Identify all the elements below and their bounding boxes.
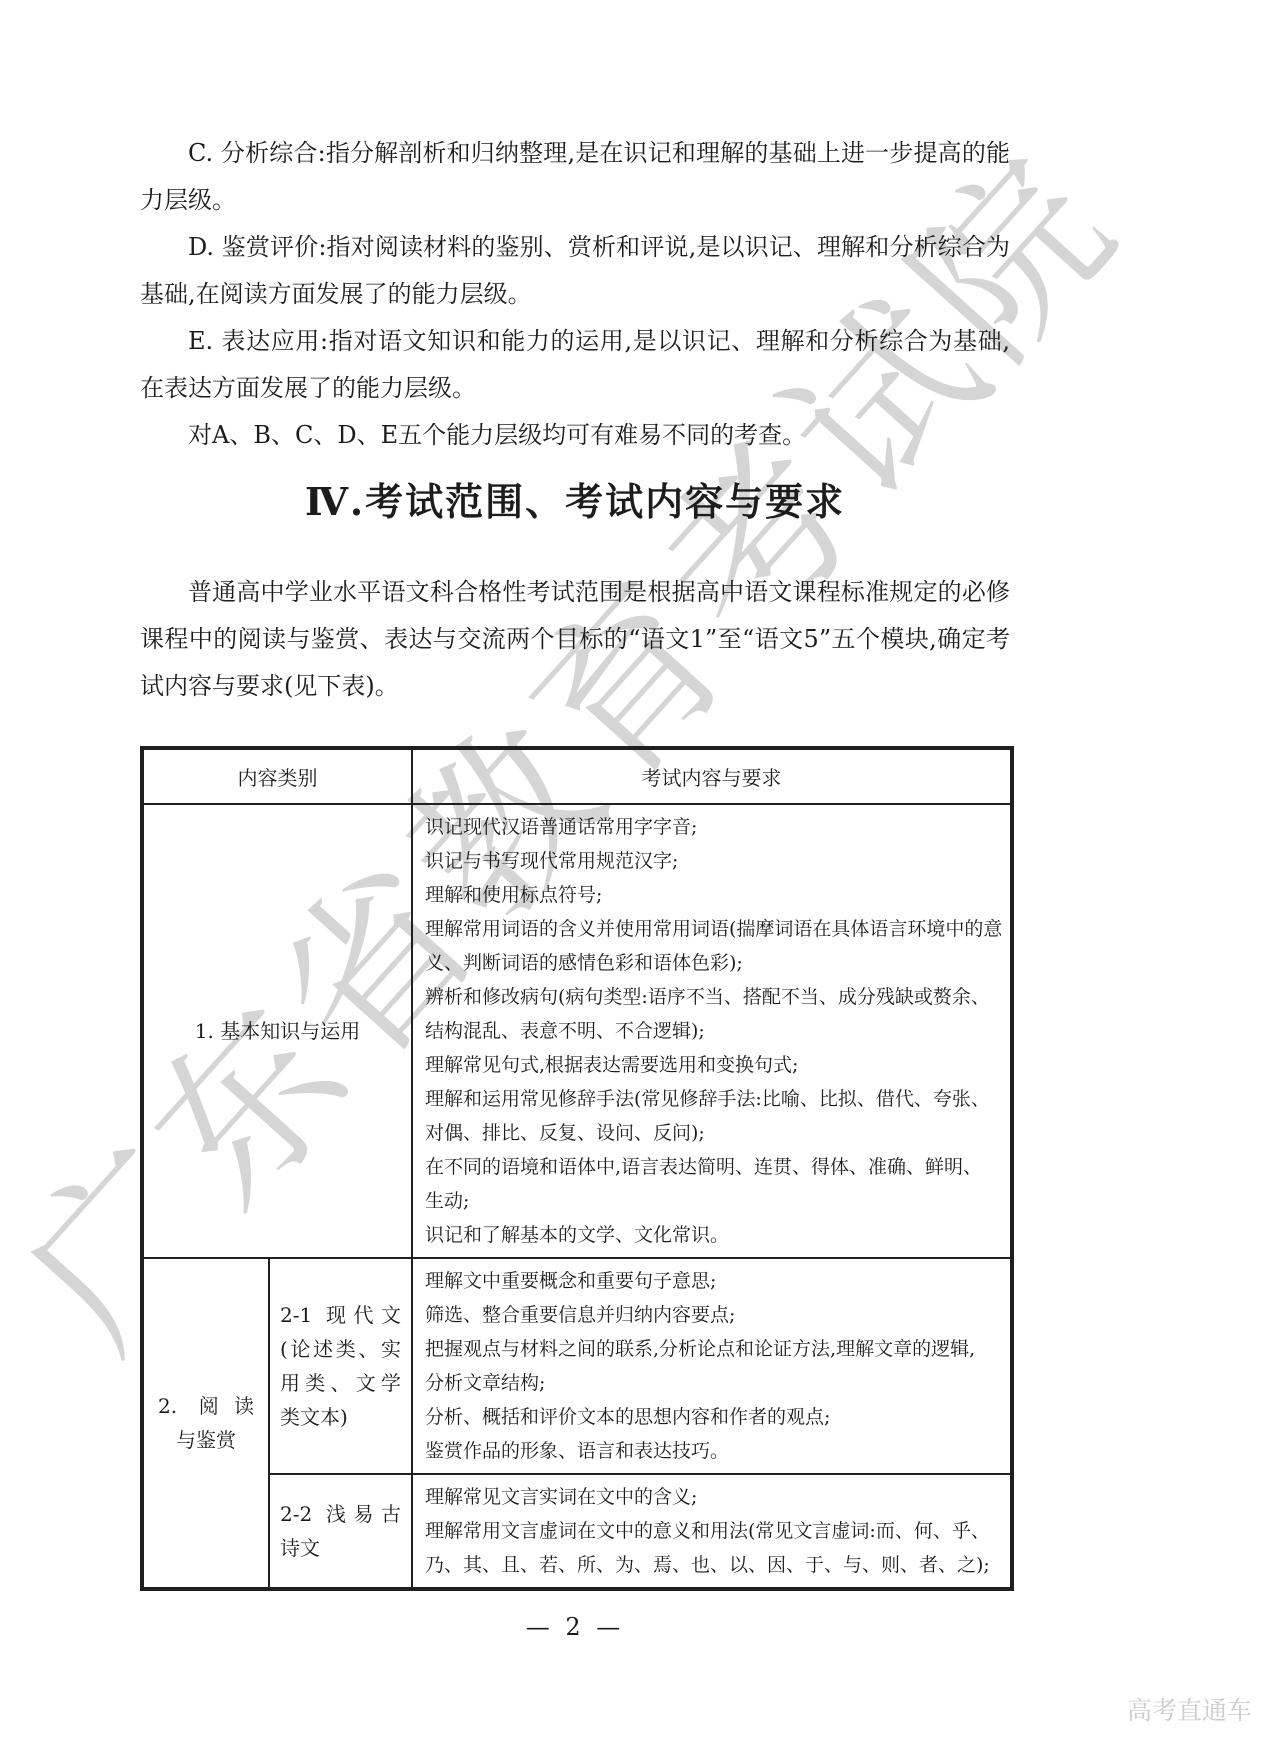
intro-paragraph: 普通高中学业水平语文科合格性考试范围是根据高中语文课程标准规定的必修课程中的阅读… xyxy=(140,569,1010,710)
text-line: (论述类、实 xyxy=(280,1332,401,1366)
text-line: 对A、B、C、D、E五个能力层级均可有难易不同的考查。 xyxy=(140,412,1010,459)
row2-1-requirements: 理解文中重要概念和重要句子意思;筛选、整合重要信息并归纳内容要点;把握观点与材料… xyxy=(412,1258,1012,1474)
text-line: 识记与书写现代常用规范汉字; xyxy=(425,844,1008,878)
text-line: E. 表达应用:指对语文知识和能力的运用,是以识记、理解和分析综合为基础,在表达… xyxy=(140,318,1010,412)
text-line: 识记和了解基本的文学、文化常识。 xyxy=(425,1218,1008,1252)
text-line: 理解常见句式,根据表达需要选用和变换句式; xyxy=(425,1048,1008,1082)
table-header-requirements: 考试内容与要求 xyxy=(412,748,1012,804)
text-line: 识记现代汉语普通话常用字字音; xyxy=(425,810,1008,844)
text-line: 2-1 现代文 xyxy=(280,1298,401,1332)
text-line: 理解和使用标点符号; xyxy=(425,878,1008,912)
text-line: 筛选、整合重要信息并归纳内容要点; xyxy=(425,1298,1008,1332)
document-page: 广东省教育考试院 C. 分析综合:指分解剖析和归纳整理,是在识记和理解的基础上进… xyxy=(0,0,1280,1753)
ability-level-paragraphs: C. 分析综合:指分解剖析和归纳整理,是在识记和理解的基础上进一步提高的能力层级… xyxy=(140,130,1010,459)
row2-2-subcategory-label: 2-2 浅易古诗文 xyxy=(269,1474,412,1589)
text-line: 乃、其、且、若、所、为、焉、也、以、因、于、与、则、者、之); xyxy=(425,1548,1008,1582)
text-line: 类文本) xyxy=(280,1400,401,1434)
text-line: 2-2 浅易古 xyxy=(280,1497,401,1531)
text-line: 生动; xyxy=(425,1184,1008,1218)
page-number: — 2 — xyxy=(140,1613,1010,1641)
footer-brand: 高考直通车 xyxy=(1127,1691,1252,1727)
row1-category-label: 1. 基本知识与运用 xyxy=(142,804,412,1258)
table-header-category: 内容类别 xyxy=(142,748,412,804)
table-row-reading-modern: 2. 阅读与鉴赏 2-1 现代文(论述类、实用类、文学类文本) 理解文中重要概念… xyxy=(142,1258,1012,1474)
page-content: C. 分析综合:指分解剖析和归纳整理,是在识记和理解的基础上进一步提高的能力层级… xyxy=(140,130,1010,1641)
text-line: 把握观点与材料之间的联系,分析论点和论证方法,理解文章的逻辑, xyxy=(425,1332,1008,1366)
text-line: 与鉴赏 xyxy=(158,1423,254,1457)
text-line: 理解和运用常见修辞手法(常见修辞手法:比喻、比拟、借代、夸张、 xyxy=(425,1082,1008,1116)
text-line: 理解常见文言实词在文中的含义; xyxy=(425,1480,1008,1514)
row2-category-label: 2. 阅读与鉴赏 xyxy=(142,1258,269,1589)
text-line: 分析文章结构; xyxy=(425,1366,1008,1400)
text-line: 理解常用文言虚词在文中的意义和用法(常见文言虚词:而、何、乎、 xyxy=(425,1514,1008,1548)
text-line: 2. 阅读 xyxy=(158,1389,254,1423)
text-line: D. 鉴赏评价:指对阅读材料的鉴别、赏析和评说,是以识记、理解和分析综合为基础,… xyxy=(140,224,1010,318)
text-line: 用类、文学 xyxy=(280,1366,401,1400)
row2-1-subcategory-label: 2-1 现代文(论述类、实用类、文学类文本) xyxy=(269,1258,412,1474)
text-line: 鉴赏作品的形象、语言和表达技巧。 xyxy=(425,1434,1008,1468)
text-line: 辨析和修改病句(病句类型:语序不当、搭配不当、成分残缺或赘余、 xyxy=(425,980,1008,1014)
text-line: C. 分析综合:指分解剖析和归纳整理,是在识记和理解的基础上进一步提高的能力层级… xyxy=(140,130,1010,224)
text-line: 诗文 xyxy=(280,1531,401,1565)
row2-2-requirements: 理解常见文言实词在文中的含义;理解常用文言虚词在文中的意义和用法(常见文言虚词:… xyxy=(412,1474,1012,1589)
text-line: 对偶、排比、反复、设问、反问); xyxy=(425,1116,1008,1150)
table-row-basic-knowledge: 1. 基本知识与运用 识记现代汉语普通话常用字字音;识记与书写现代常用规范汉字;… xyxy=(142,804,1012,1258)
text-line: 在不同的语境和语体中,语言表达简明、连贯、得体、准确、鲜明、 xyxy=(425,1150,1008,1184)
exam-content-table: 内容类别 考试内容与要求 1. 基本知识与运用 识记现代汉语普通话常用字字音;识… xyxy=(140,746,1014,1591)
section-heading: Ⅳ.考试范围、考试内容与要求 xyxy=(140,475,1010,529)
text-line: 理解常用词语的含义并使用常用词语(揣摩词语在具体语言环境中的意 xyxy=(425,912,1008,946)
text-line: 结构混乱、表意不明、不合逻辑); xyxy=(425,1014,1008,1048)
text-line: 分析、概括和评价文本的思想内容和作者的观点; xyxy=(425,1400,1008,1434)
table-header-row: 内容类别 考试内容与要求 xyxy=(142,748,1012,804)
row1-requirements: 识记现代汉语普通话常用字字音;识记与书写现代常用规范汉字;理解和使用标点符号;理… xyxy=(412,804,1012,1258)
text-line: 理解文中重要概念和重要句子意思; xyxy=(425,1264,1008,1298)
text-line: 义、判断词语的感情色彩和语体色彩); xyxy=(425,946,1008,980)
table-row-reading-classical: 2-2 浅易古诗文 理解常见文言实词在文中的含义;理解常用文言虚词在文中的意义和… xyxy=(142,1474,1012,1589)
